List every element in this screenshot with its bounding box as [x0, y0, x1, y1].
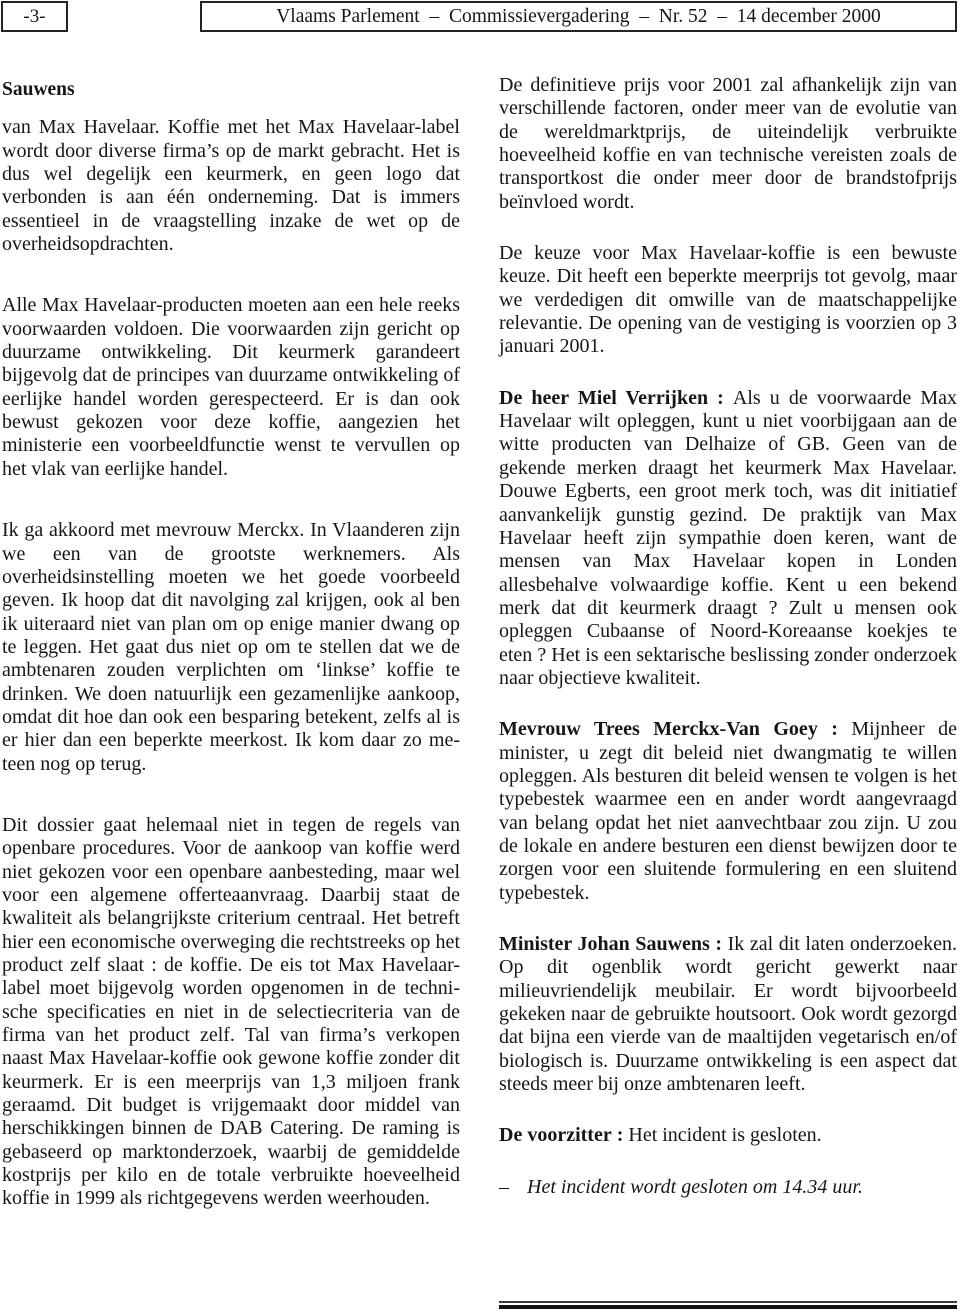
header-title-box: Vlaams Parlement – Commissievergadering … [200, 1, 957, 32]
paragraph-text: Het incident is gesloten. [628, 1124, 821, 1146]
paragraph: De keuze voor Max Havelaar-koffie is een… [499, 242, 957, 359]
thin-rule [499, 1301, 957, 1303]
closing-note: – Het incident wordt gesloten om 14.34 u… [499, 1176, 957, 1199]
paragraph-text: Als u de voorwaarde Max Havelaar wilt op… [499, 387, 957, 689]
page-number-box: -3- [1, 1, 68, 32]
header-title: Vlaams Parlement – Commissievergadering … [276, 6, 881, 28]
speaker-name: De heer Miel Verrijken : [499, 387, 733, 409]
paragraph-text: Mijnheer de minister, u zegt dit beleid … [499, 718, 957, 903]
paragraph-text: De keuze voor Max Havelaar-koffie is een… [499, 242, 957, 357]
document-page: -3- Vlaams Parlement – Commissievergader… [0, 0, 960, 1314]
right-column: De definitieve prijs voor 2001 zal afhan… [499, 74, 957, 1199]
paragraph: Ik ga akkoord met mevrouw Merckx. In Vla… [2, 519, 460, 776]
paragraph: Minister Johan Sauwens : Ik zal dit late… [499, 933, 957, 1096]
paragraph: De voorzitter : Het incident is gesloten… [499, 1124, 957, 1147]
paragraph: Alle Max Havelaar-producten moeten aan e… [2, 294, 460, 481]
speaker-name: Minister Johan Sauwens : [499, 933, 728, 955]
paragraph: van Max Havelaar. Koffie met het Max Hav… [2, 116, 460, 256]
paragraph: Mevrouw Trees Merckx-Van Goey : Mijnheer… [499, 718, 957, 905]
speaker-name: De voorzitter : [499, 1124, 628, 1146]
speaker-name: Mevrouw Trees Merckx-Van Goey : [499, 718, 851, 740]
paragraph: Dit dossier gaat helemaal niet in tegen … [2, 814, 460, 1211]
paragraph-text: Ik zal dit laten onderzoe­ken. Op dit og… [499, 933, 957, 1095]
page-number: -3- [23, 6, 45, 28]
thick-rule [499, 1305, 957, 1309]
end-of-section-rule [499, 1301, 957, 1309]
paragraph: De heer Miel Verrijken : Als u de voorwa… [499, 387, 957, 690]
closing-dash: – [499, 1176, 527, 1199]
closing-text: Het incident wordt gesloten om 14.34 uur… [527, 1176, 957, 1199]
speaker-continuation-label: Sauwens [2, 78, 460, 101]
paragraph-text: De definitieve prijs voor 2001 zal afhan… [499, 74, 957, 213]
paragraph: De definitieve prijs voor 2001 zal afhan… [499, 74, 957, 214]
left-column: Sauwens van Max Havelaar. Koffie met het… [2, 78, 460, 1249]
